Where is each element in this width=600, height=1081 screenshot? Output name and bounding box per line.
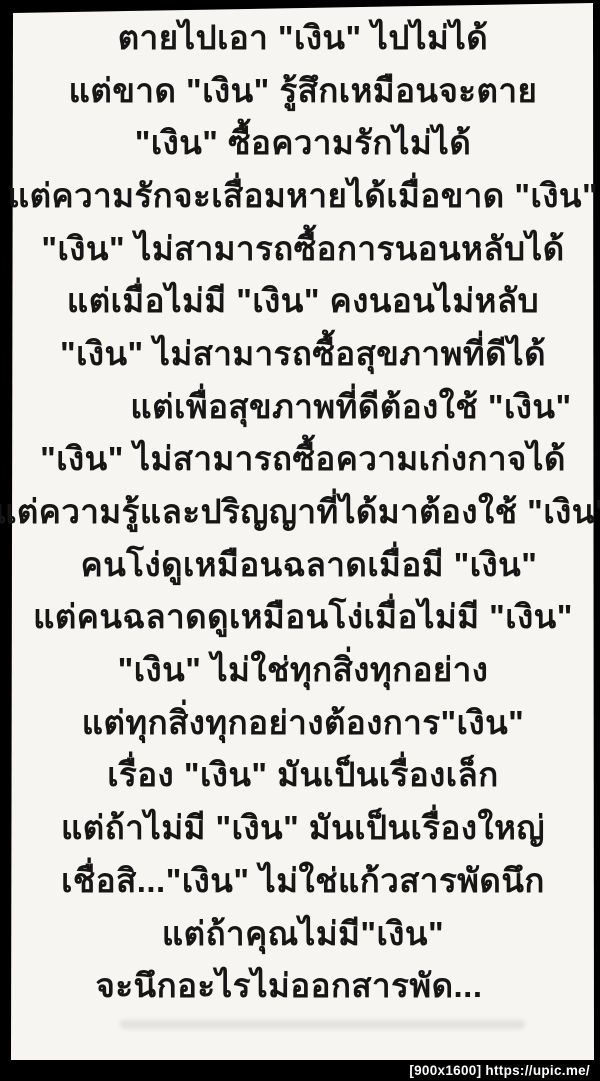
- quote-line-2: แต่ขาด "เงิน" รู้สึกเหมือนจะตาย: [13, 64, 593, 117]
- quote-line-17: เชื่อสิ..."เงิน" ไม่ใช่แก้วสารพัดนึก: [13, 854, 593, 907]
- quote-line-14: แต่ทุกสิ่งทุกอย่างต้องการ"เงิน": [13, 696, 593, 749]
- quote-line-6: แต่เมื่อไม่มี "เงิน" คงนอนไม่หลับ: [13, 274, 593, 327]
- quote-text-block: ตายไปเอา "เงิน" ไปไม่ได้ แต่ขาด "เงิน" ร…: [13, 11, 593, 1012]
- quote-line-16: แต่ถ้าไม่มี "เงิน" มันเป็นเรื่องใหญ่: [13, 801, 593, 854]
- quote-line-10: แต่ความรู้และปริญญาที่ได้มาต้องใช้ "เงิน…: [13, 485, 593, 538]
- quote-line-15: เรื่อง "เงิน" มันเป็นเรื่องเล็ก: [13, 749, 593, 802]
- faded-text-artifact: [120, 1020, 525, 1029]
- quote-line-5: "เงิน" ไม่สามารถซื้อการนอนหลับได้: [13, 222, 593, 275]
- quote-line-1: ตายไปเอา "เงิน" ไปไม่ได้: [13, 11, 593, 64]
- quote-line-13: "เงิน" ไม่ใช่ทุกสิ่งทุกอย่าง: [13, 643, 593, 696]
- quote-image-frame: ตายไปเอา "เงิน" ไปไม่ได้ แต่ขาด "เงิน" ร…: [0, 0, 600, 1081]
- quote-line-3: "เงิน" ซื้อความรักไม่ได้: [13, 116, 593, 169]
- bottom-bar: [900x1600] https://upic.me/: [0, 1060, 600, 1081]
- quote-line-11: คนโง่ดูเหมือนฉลาดเมื่อมี "เงิน": [19, 538, 599, 591]
- quote-line-7: "เงิน" ไม่สามารถซื้อสุขภาพที่ดีได้: [13, 327, 593, 380]
- quote-line-9: "เงิน" ไม่สามารถซื้อความเก่งกาจได้: [13, 433, 593, 486]
- watermark-url: [900x1600] https://upic.me/: [409, 1063, 590, 1078]
- quote-line-18: แต่ถ้าคุณไม่มี"เงิน": [13, 907, 593, 960]
- quote-line-12: แต่คนฉลาดดูเหมือนโง่เมื่อไม่มี "เงิน": [13, 591, 593, 644]
- quote-line-8: แต่เพื่อสุขภาพที่ดีต้องใช้ "เงิน": [61, 380, 600, 433]
- quote-line-4: แต่ความรักจะเสื่อมหายได้เมื่อขาด "เงิน": [13, 169, 593, 222]
- quote-line-19: จะนึกอะไรไม่ออกสารพัด...: [0, 959, 579, 1012]
